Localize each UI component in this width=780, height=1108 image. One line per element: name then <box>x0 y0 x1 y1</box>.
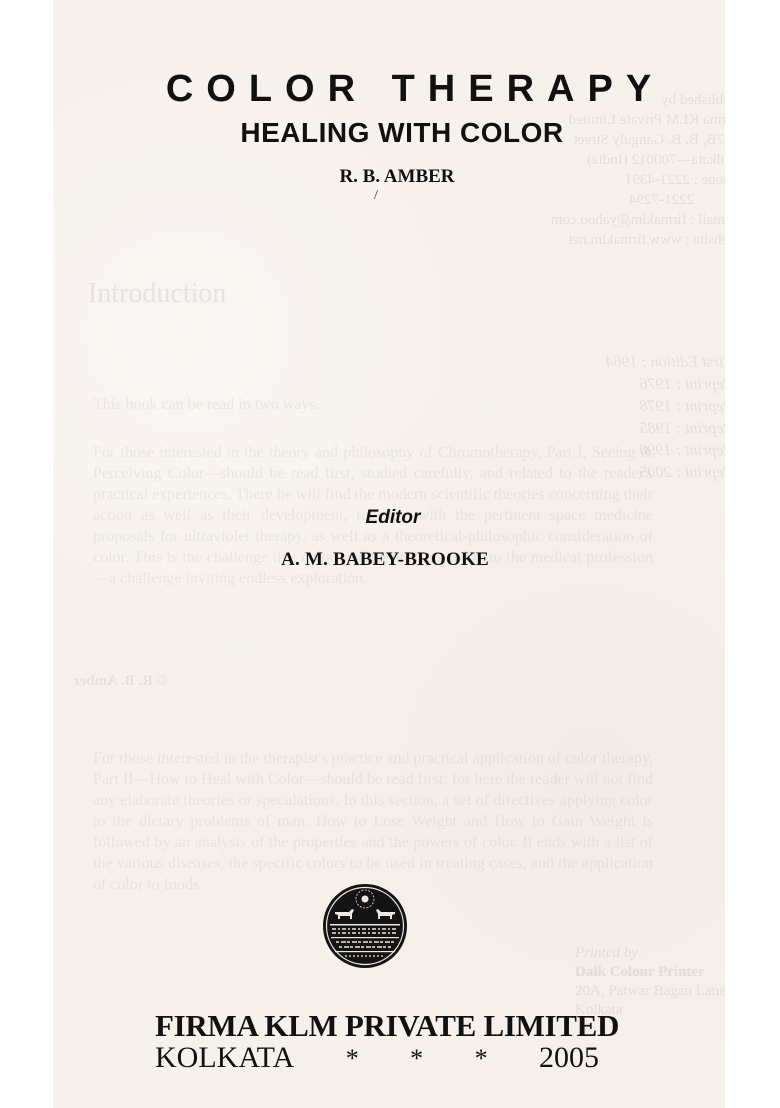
show-through-edition-history: First Edition : 1964 Reprint : 1976 Repr… <box>533 352 725 484</box>
book-subtitle: HEALING WITH COLOR <box>66 117 725 149</box>
edition-line: First Edition : 1964 <box>533 352 725 374</box>
imprint-line: 2221-7294 <box>489 190 725 210</box>
printer-line: Printed by <box>575 944 725 963</box>
publication-place: KOLKATA <box>155 1041 294 1075</box>
separator-asterisk: * <box>410 1044 423 1074</box>
publication-year: 2005 <box>539 1041 599 1075</box>
printer-line: 20A, Patwar Bagan Lane <box>575 982 725 1001</box>
imprint-line: E-mail : firmaklm@yahoo.com <box>489 210 725 230</box>
editor-label: Editor <box>57 507 725 529</box>
edition-line: Reprint : 1990 <box>533 440 725 462</box>
printer-line: Dalk Colour Printer <box>575 963 725 982</box>
separator-asterisk: * <box>346 1044 359 1074</box>
publisher-emblem-icon <box>321 882 409 970</box>
edition-line: Reprint : 1985 <box>533 418 725 440</box>
imprint-line: website : www.firmaklm.net <box>489 230 725 250</box>
separator-asterisk: * <box>475 1044 488 1074</box>
author-name: R. B. AMBER <box>61 166 725 188</box>
show-through-copyright: © R. B. Amber <box>73 673 168 690</box>
show-through-intro-heading: Introduction <box>88 278 226 310</box>
publisher-name: FIRMA KLM PRIVATE LIMITED <box>155 1008 599 1044</box>
edition-line: Reprint : 2005 <box>533 462 725 484</box>
show-through-intro-paragraph: For those interested in the therapist's … <box>93 748 653 895</box>
imprint-line: KOLKATA * * * 2005 <box>155 1041 599 1075</box>
pencil-mark: / <box>374 188 378 204</box>
editor-name: A. M. BABEY-BROOKE <box>53 549 721 571</box>
book-title: COLOR THERAPY <box>79 68 725 111</box>
edition-line: Reprint : 1978 <box>533 396 725 418</box>
edition-line: Reprint : 1976 <box>533 374 725 396</box>
title-page: Introduction This book can be read in tw… <box>53 0 725 1108</box>
